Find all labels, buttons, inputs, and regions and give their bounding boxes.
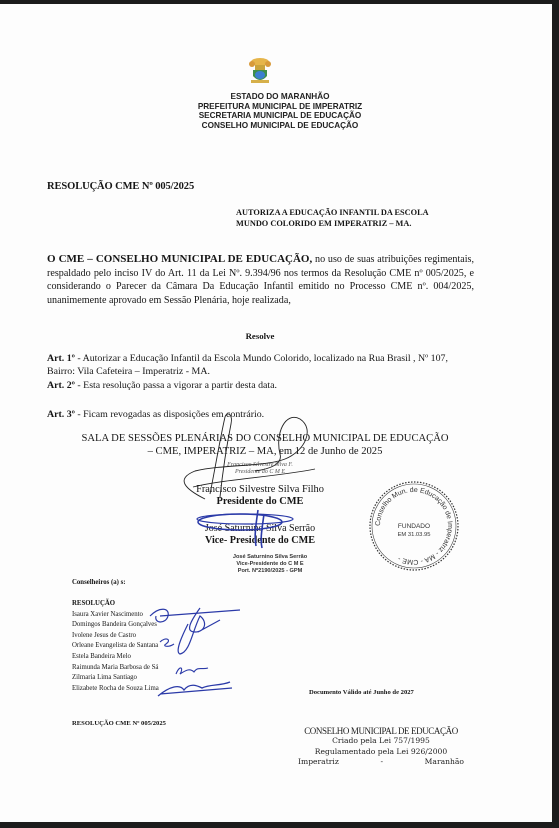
councilor-name: Raimunda Maria Barbosa de Sá bbox=[72, 663, 159, 674]
council-footer-location: Imperatriz - Maranhão bbox=[298, 757, 464, 767]
president-name: Francisco Silvestre Silva Filho bbox=[150, 484, 370, 495]
preamble-bold: O CME – CONSELHO MUNICIPAL DE EDUCAÇÃO, bbox=[47, 253, 312, 265]
council-footer-title: CONSELHO MUNICIPAL DE EDUCAÇÃO bbox=[298, 726, 464, 736]
article-label: Art. 2º bbox=[47, 380, 75, 391]
councilor-name: Domingos Bandeira Gonçalves bbox=[72, 620, 159, 631]
resolution-ementa: AUTORIZA A EDUCAÇÃO INFANTIL DA ESCOLA M… bbox=[236, 208, 476, 229]
ementa-line: MUNDO COLORIDO EM IMPERATRIZ – MA. bbox=[236, 219, 476, 230]
stamp-line: Vice-Presidente do C M E bbox=[200, 561, 340, 568]
header-line: PREFEITURA MUNICIPAL DE IMPERATRIZ bbox=[150, 102, 410, 112]
article-2: Art. 2º - Esta resolução passa a vigorar… bbox=[47, 379, 477, 392]
councilor-name: Orleane Evangelista de Santana bbox=[72, 641, 159, 652]
council-footer-line: Regulamentado pela Lei 926/2000 bbox=[298, 747, 464, 757]
article-text: - Autorizar a Educação Infantil da Escol… bbox=[47, 353, 448, 377]
coat-of-arms-icon bbox=[247, 56, 273, 86]
vice-president-stamp: José Saturnino Silva Serrão Vice-Preside… bbox=[200, 554, 340, 576]
vice-president-role: Vice- Presidente do CME bbox=[150, 535, 370, 546]
preamble-paragraph: O CME – CONSELHO MUNICIPAL DE EDUCAÇÃO, … bbox=[47, 253, 474, 307]
ementa-line: AUTORIZA A EDUCAÇÃO INFANTIL DA ESCOLA bbox=[236, 208, 476, 219]
city: Imperatriz bbox=[298, 757, 339, 767]
article-text: - Esta resolução passa a vigorar a parti… bbox=[75, 380, 277, 391]
resolution-title: RESOLUÇÃO CME Nº 005/2025 bbox=[47, 181, 194, 192]
session-line: SALA DE SESSÕES PLENÁRIAS DO CONSELHO MU… bbox=[30, 432, 500, 445]
stamp-line: Presidente do C M E bbox=[200, 469, 320, 476]
councilors-label: Conselheiros (a) s: bbox=[72, 579, 126, 586]
resolve-heading: Resolve bbox=[0, 331, 520, 341]
separator: - bbox=[380, 757, 383, 767]
stamp-line: Port. Nº2190/2025 - GPM bbox=[200, 568, 340, 575]
council-footer-stamp: CONSELHO MUNICIPAL DE EDUCAÇÃO Criado pe… bbox=[298, 726, 464, 767]
stamp-line: Francisco Silvestre Silva F. bbox=[200, 462, 320, 469]
councilor-name: Zilmaria Lima Santiago bbox=[72, 673, 159, 684]
vice-president-name: José Saturnino Silva Serrão bbox=[150, 523, 370, 534]
seal-center-line: FUNDADO bbox=[398, 523, 430, 530]
article-text: - Ficam revogadas as disposições em cont… bbox=[75, 409, 264, 420]
president-rubber-stamp: Francisco Silvestre Silva F. Presidente … bbox=[200, 462, 320, 476]
councilor-name: Elizabete Rocha de Souza Lima bbox=[72, 684, 159, 695]
header-line: CONSELHO MUNICIPAL DE EDUCAÇÃO bbox=[150, 121, 410, 131]
session-line: – CME, IMPERATRIZ – MA, em 12 de Junho d… bbox=[30, 445, 500, 458]
header-line: SECRETARIA MUNICIPAL DE EDUCAÇÃO bbox=[150, 111, 410, 121]
footer-resolution-reference: RESOLUÇÃO CME Nº 005/2025 bbox=[72, 720, 166, 727]
validity-note: Documento Válido até Junho de 2027 bbox=[309, 689, 414, 696]
councilor-name: Estela Bandeira Melo bbox=[72, 652, 159, 663]
article-1: Art. 1º - Autorizar a Educação Infantil … bbox=[47, 352, 477, 379]
seal-center-line: EM 31.03.95 bbox=[398, 532, 431, 538]
article-3: Art. 3º - Ficam revogadas as disposições… bbox=[47, 409, 264, 420]
council-seal-icon: Conselho Mun. de Educação de Imperatriz … bbox=[366, 478, 462, 574]
councilor-name: Isaura Xavier Nascimento bbox=[72, 610, 159, 621]
session-statement: SALA DE SESSÕES PLENÁRIAS DO CONSELHO MU… bbox=[30, 432, 500, 459]
councilors-header: RESOLUÇÃO bbox=[72, 599, 159, 610]
articles: Art. 1º - Autorizar a Educação Infantil … bbox=[47, 352, 477, 392]
article-label: Art. 3º bbox=[47, 409, 75, 420]
president-role: Presidente do CME bbox=[150, 496, 370, 507]
header-line: ESTADO DO MARANHÃO bbox=[150, 92, 410, 102]
council-footer-line: Criado pela Lei 757/1995 bbox=[298, 736, 464, 746]
councilors-list: RESOLUÇÃO Isaura Xavier Nascimento Domin… bbox=[72, 599, 159, 694]
institution-header: ESTADO DO MARANHÃO PREFEITURA MUNICIPAL … bbox=[150, 92, 410, 130]
state: Maranhão bbox=[425, 757, 464, 767]
document-page: ESTADO DO MARANHÃO PREFEITURA MUNICIPAL … bbox=[0, 4, 552, 822]
councilor-name: Ivolene Jesus de Castro bbox=[72, 631, 159, 642]
article-label: Art. 1º bbox=[47, 353, 75, 364]
stamp-line: José Saturnino Silva Serrão bbox=[200, 554, 340, 561]
